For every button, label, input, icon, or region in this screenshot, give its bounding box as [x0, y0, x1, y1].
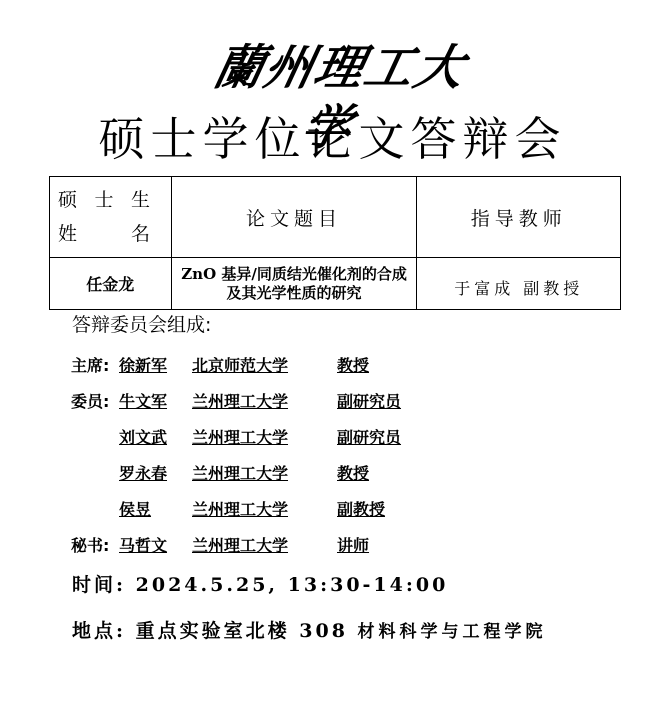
member-rank: 教授 — [337, 354, 369, 378]
member-name: 刘文武 — [119, 426, 167, 450]
page-title: 硕士学位论文答辩会 — [0, 108, 665, 170]
member-org: 兰州理工大学 — [192, 498, 288, 522]
header-thesis-title: 论文题目 — [171, 177, 417, 258]
defense-info-table: 硕 士 生 姓 名 论文题目 指导教师 任金龙 ZnO 基异/同质结光催化剂的合… — [49, 176, 621, 310]
member-rank: 讲师 — [337, 534, 369, 558]
member-org: 兰州理工大学 — [192, 426, 288, 450]
advisor-name: 于富成 副教授 — [417, 258, 621, 310]
header-student-name: 硕 士 生 姓 名 — [50, 177, 172, 258]
thesis-title: ZnO 基异/同质结光催化剂的合成 及其光学性质的研究 — [171, 258, 417, 310]
student-name: 任金龙 — [50, 258, 172, 310]
header-char: 名 — [131, 217, 150, 251]
member-org: 兰州理工大学 — [192, 390, 288, 414]
time-value: 2024.5.25, 13:30-14:00 — [136, 574, 449, 596]
place-value: 重点实验室北楼 308 — [136, 620, 348, 642]
header-char: 士 — [94, 183, 113, 217]
member-role: 委员: — [71, 390, 109, 414]
member-rank: 教授 — [337, 462, 369, 486]
member-name: 马哲文 — [119, 534, 167, 558]
member-name: 牛文军 — [119, 390, 167, 414]
member-rank: 副研究员 — [337, 390, 401, 414]
defense-place: 地点: 重点实验室北楼 308 材料科学与工程学院 — [72, 616, 547, 643]
place-label: 地点: — [72, 620, 126, 642]
committee-heading: 答辩委员会组成: — [72, 310, 211, 337]
place-department: 材料科学与工程学院 — [358, 622, 547, 642]
member-org: 兰州理工大学 — [192, 462, 288, 486]
header-advisor: 指导教师 — [417, 177, 621, 258]
table-row: 任金龙 ZnO 基异/同质结光催化剂的合成 及其光学性质的研究 于富成 副教授 — [50, 258, 621, 310]
defense-time: 时间: 2024.5.25, 13:30-14:00 — [72, 570, 448, 597]
header-char: 生 — [131, 183, 150, 217]
member-rank: 副教授 — [337, 498, 385, 522]
member-rank: 副研究员 — [337, 426, 401, 450]
table-header-row: 硕 士 生 姓 名 论文题目 指导教师 — [50, 177, 621, 258]
member-name: 侯昱 — [119, 498, 151, 522]
thesis-title-line2: 及其光学性质的研究 — [172, 284, 417, 303]
thesis-title-line1: ZnO 基异/同质结光催化剂的合成 — [172, 265, 417, 284]
time-label: 时间: — [72, 574, 126, 596]
member-org: 北京师范大学 — [192, 354, 288, 378]
member-name: 徐新军 — [119, 354, 167, 378]
member-org: 兰州理工大学 — [192, 534, 288, 558]
header-char: 姓 — [58, 217, 77, 251]
member-name: 罗永春 — [119, 462, 167, 486]
member-role: 秘书: — [71, 534, 109, 558]
university-logo: 蘭州理工大学 — [204, 38, 477, 98]
header-char: 硕 — [58, 183, 77, 217]
member-role: 主席: — [71, 354, 109, 378]
